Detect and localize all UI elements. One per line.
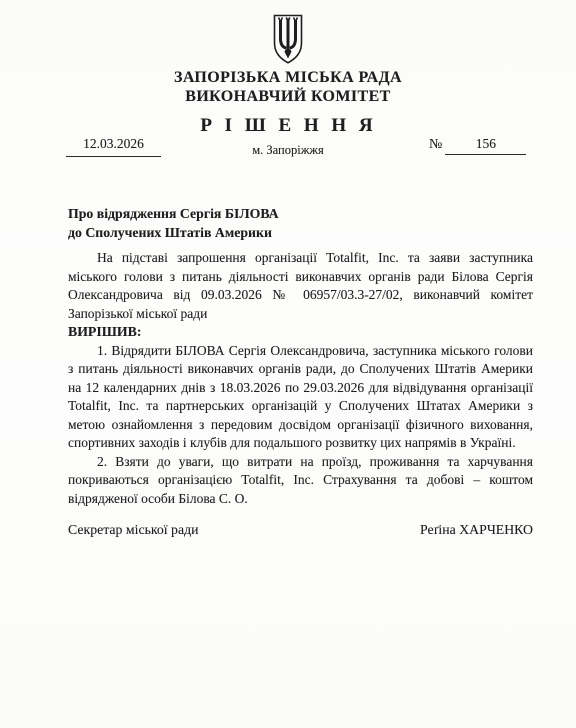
- ukraine-trident-emblem-icon: [0, 13, 576, 70]
- decision-item-2: 2. Взяти до уваги, що витрати на проїзд,…: [68, 453, 533, 509]
- org-name-line1: ЗАПОРІЗЬКА МІСЬКА РАДА: [0, 69, 576, 87]
- decision-document-page: ЗАПОРІЗЬКА МІСЬКА РАДА ВИКОНАВЧИЙ КОМІТЕ…: [0, 0, 576, 728]
- document-header: ЗАПОРІЗЬКА МІСЬКА РАДА ВИКОНАВЧИЙ КОМІТЕ…: [0, 0, 576, 164]
- signature-name: Реґіна ХАРЧЕНКО: [420, 522, 533, 538]
- subject-line1: Про відрядження Сергія БІЛОВА: [68, 206, 279, 221]
- signature-row: Секретар міської ради Реґіна ХАРЧЕНКО: [68, 522, 533, 538]
- document-type-title: Р І Ш Е Н Н Я: [0, 115, 576, 137]
- decision-item-1: 1. Відрядити БІЛОВА Сергія Олександрович…: [68, 342, 533, 453]
- subject-line2: до Сполучених Штатів Америки: [68, 225, 272, 240]
- number-sign-label: №: [429, 137, 442, 155]
- preamble-paragraph: На підставі запрошення організації Total…: [68, 249, 533, 323]
- document-body: Про відрядження Сергія БІЛОВАдо Сполучен…: [68, 205, 533, 538]
- org-name-line2: ВИКОНАВЧИЙ КОМІТЕТ: [0, 88, 576, 106]
- subject-block: Про відрядження Сергія БІЛОВАдо Сполучен…: [68, 205, 533, 242]
- document-number-block: № 156: [429, 136, 526, 155]
- document-number: 156: [445, 136, 526, 155]
- resolved-label: ВИРІШИВ:: [68, 323, 533, 342]
- signature-title: Секретар міської ради: [68, 522, 198, 538]
